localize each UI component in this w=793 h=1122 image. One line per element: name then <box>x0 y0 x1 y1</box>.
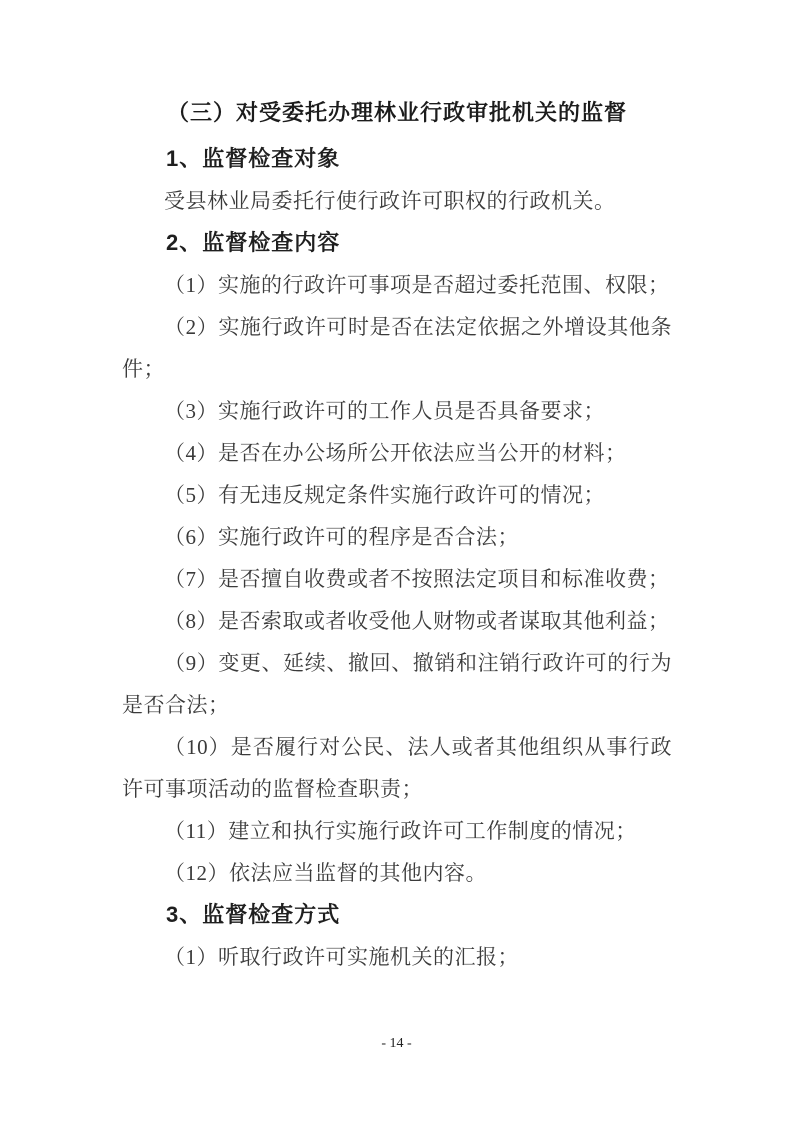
list-item-2: （2）实施行政许可时是否在法定依据之外增设其他条件； <box>122 306 672 390</box>
list-item-6: （6）实施行政许可的程序是否合法； <box>122 516 672 558</box>
method-item-1: （1）听取行政许可实施机关的汇报； <box>122 936 672 978</box>
list-item-9: （9）变更、延续、撤回、撤销和注销行政许可的行为是否合法； <box>122 642 672 726</box>
body-supervision-target: 受县林业局委托行使行政许可职权的行政机关。 <box>122 180 672 222</box>
document-page: （三）对受委托办理林业行政审批机关的监督 1、监督检查对象 受县林业局委托行使行… <box>0 0 793 1122</box>
list-item-8: （8）是否索取或者收受他人财物或者谋取其他利益； <box>122 600 672 642</box>
list-item-10: （10）是否履行对公民、法人或者其他组织从事行政许可事项活动的监督检查职责； <box>122 726 672 810</box>
list-item-5: （5）有无违反规定条件实施行政许可的情况； <box>122 474 672 516</box>
heading-supervision-target: 1、监督检查对象 <box>122 138 672 180</box>
list-item-4: （4）是否在办公场所公开依法应当公开的材料； <box>122 432 672 474</box>
list-item-3: （3）实施行政许可的工作人员是否具备要求； <box>122 390 672 432</box>
section-title: （三）对受委托办理林业行政审批机关的监督 <box>122 92 672 134</box>
document-content: （三）对受委托办理林业行政审批机关的监督 1、监督检查对象 受县林业局委托行使行… <box>122 92 672 978</box>
page-number: - 14 - <box>381 1036 411 1051</box>
list-item-1: （1）实施的行政许可事项是否超过委托范围、权限； <box>122 264 672 306</box>
heading-inspection-method: 3、监督检查方式 <box>122 894 672 936</box>
page-footer: - 14 - <box>0 1036 793 1052</box>
list-item-12: （12）依法应当监督的其他内容。 <box>122 852 672 894</box>
heading-inspection-content: 2、监督检查内容 <box>122 222 672 264</box>
list-item-7: （7）是否擅自收费或者不按照法定项目和标准收费； <box>122 558 672 600</box>
list-item-11: （11）建立和执行实施行政许可工作制度的情况； <box>122 810 672 852</box>
